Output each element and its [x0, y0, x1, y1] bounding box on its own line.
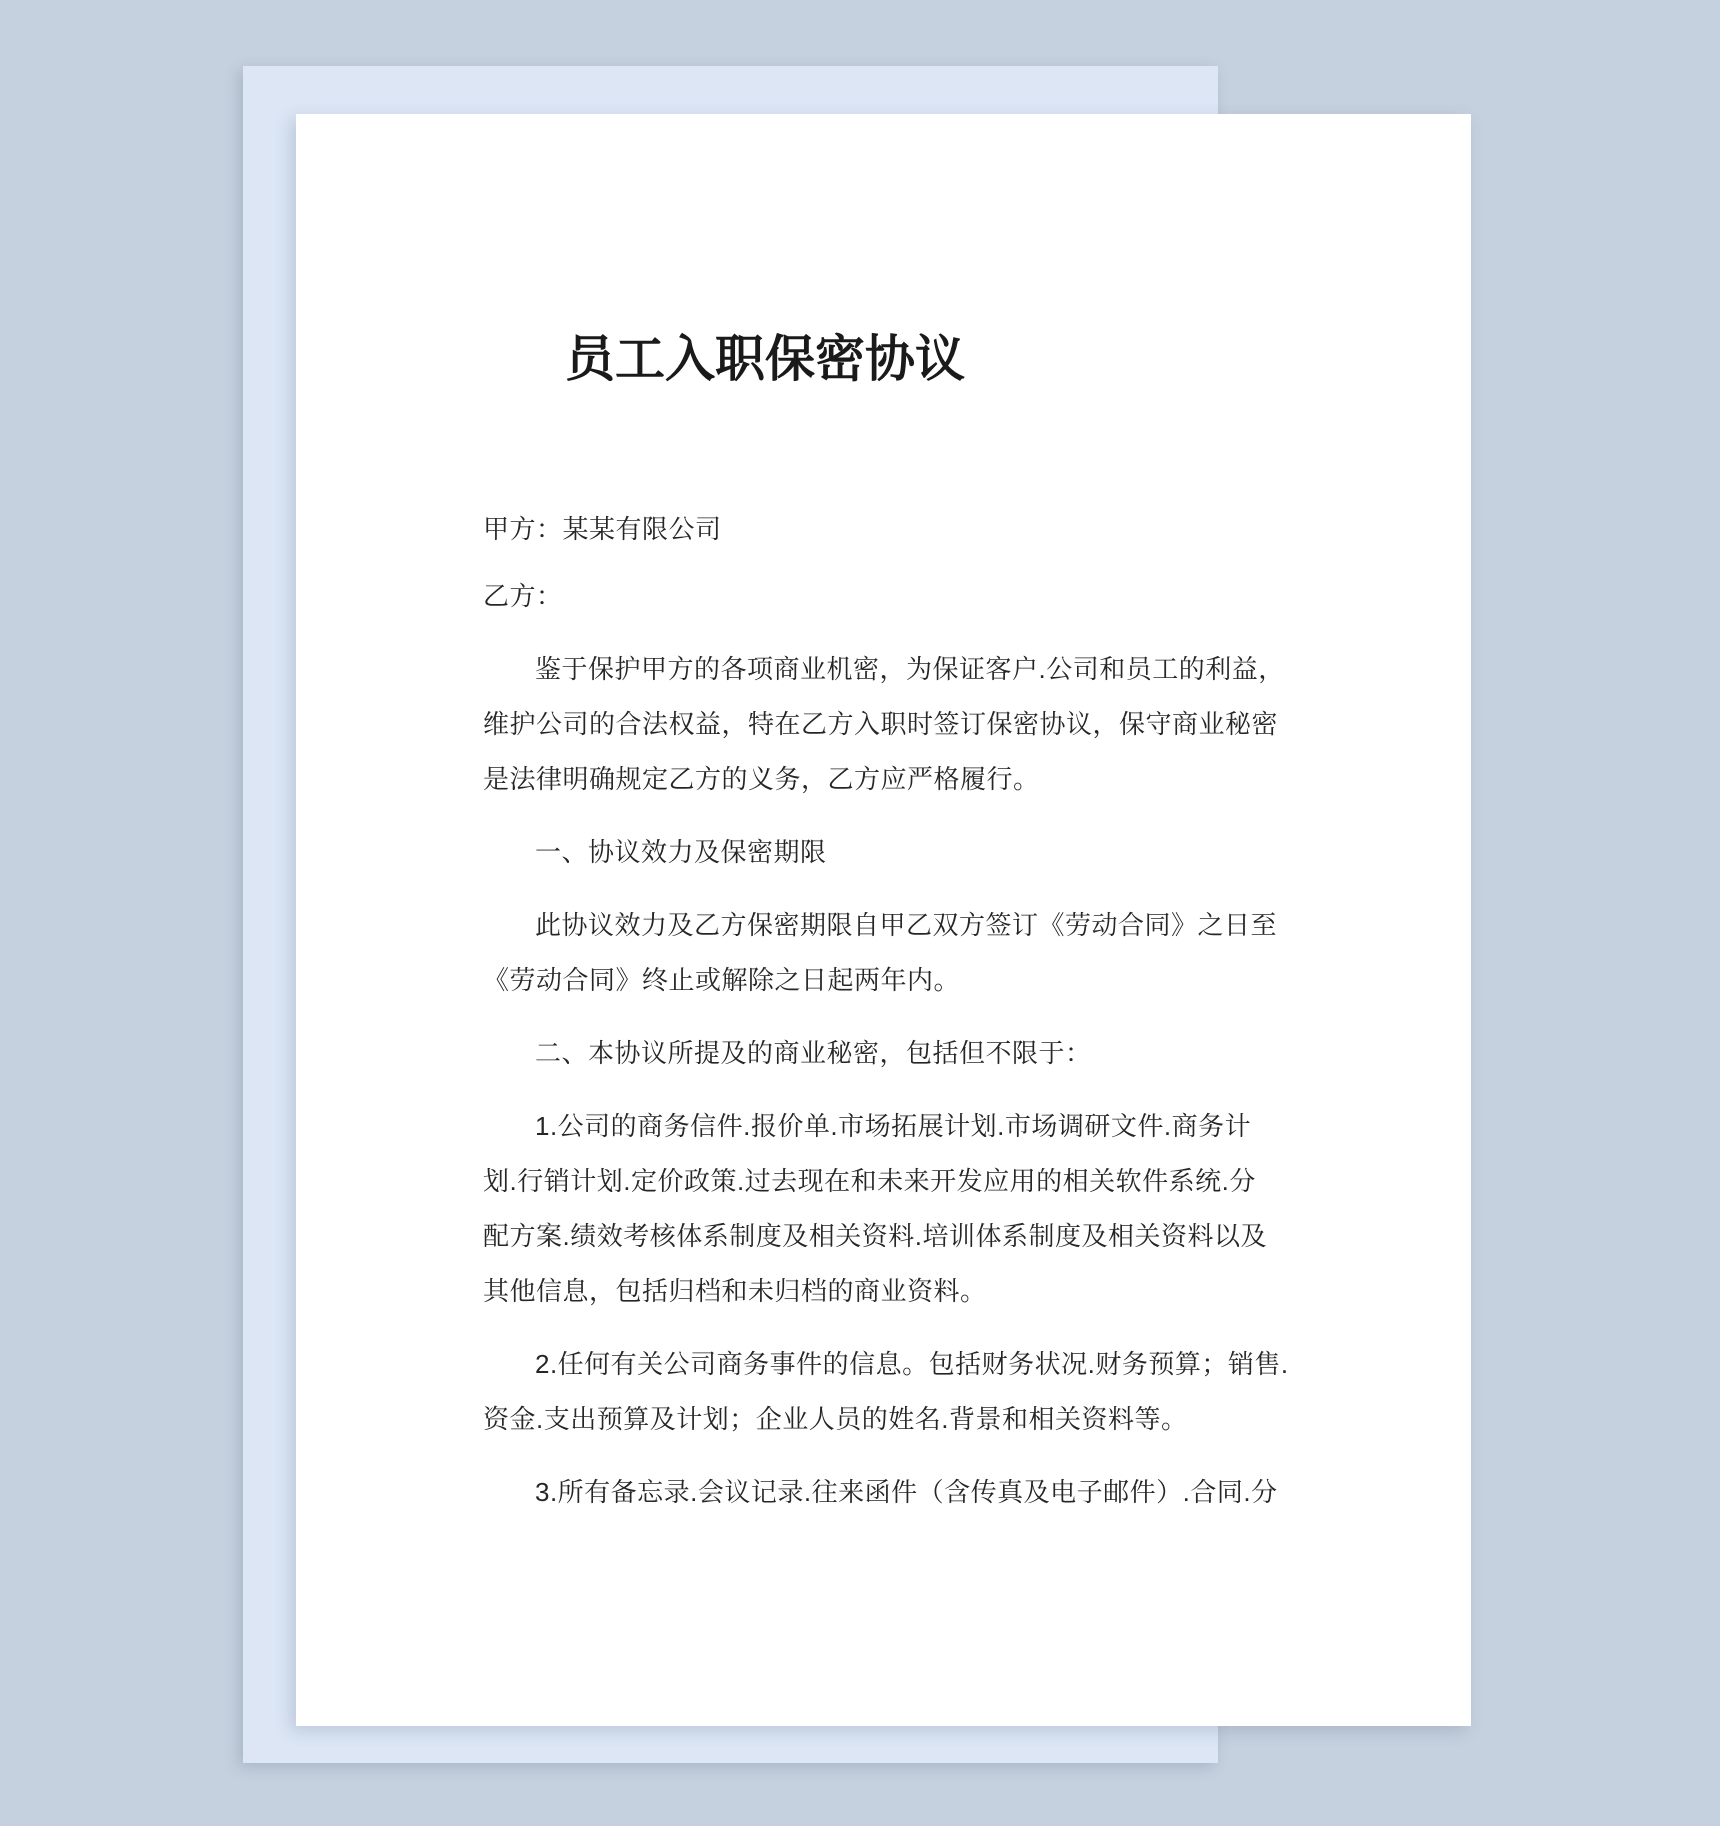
- document-page: 员工入职保密协议 甲方：某某有限公司 乙方： 鉴于保护甲方的各项商业机密，为保证…: [296, 114, 1471, 1726]
- item-1-line-2: 划.行销计划.定价政策.过去现在和未来开发应用的相关软件系统.分: [483, 1154, 1273, 1209]
- party-a-line: 甲方：某某有限公司: [483, 502, 1273, 557]
- section-2-heading: 二、本协议所提及的商业秘密，包括但不限于：: [483, 1026, 1273, 1081]
- party-b-line: 乙方：: [483, 569, 1273, 624]
- section-1-heading-block: 一、协议效力及保密期限: [483, 825, 1273, 880]
- item-1-line-4: 其他信息，包括归档和未归档的商业资料。: [483, 1264, 1273, 1319]
- term-paragraph: 此协议效力及乙方保密期限自甲乙双方签订《劳动合同》之日至 《劳动合同》终止或解除…: [483, 898, 1273, 1008]
- item-2-line-1: 2.任何有关公司商务事件的信息。包括财务状况.财务预算；销售.: [483, 1337, 1273, 1392]
- item-2-paragraph: 2.任何有关公司商务事件的信息。包括财务状况.财务预算；销售. 资金.支出预算及…: [483, 1337, 1273, 1447]
- document-title: 员工入职保密协议: [565, 331, 1345, 387]
- term-line-1: 此协议效力及乙方保密期限自甲乙双方签订《劳动合同》之日至: [483, 898, 1273, 953]
- term-line-2: 《劳动合同》终止或解除之日起两年内。: [483, 953, 1273, 1008]
- section-2-heading-block: 二、本协议所提及的商业秘密，包括但不限于：: [483, 1026, 1273, 1081]
- item-1-line-3: 配方案.绩效考核体系制度及相关资料.培训体系制度及相关资料以及: [483, 1209, 1273, 1264]
- item-2-line-2: 资金.支出预算及计划；企业人员的姓名.背景和相关资料等。: [483, 1392, 1273, 1447]
- intro-line-2: 维护公司的合法权益，特在乙方入职时签订保密协议，保守商业秘密: [483, 697, 1273, 752]
- item-3-paragraph: 3.所有备忘录.会议记录.往来函件（含传真及电子邮件）.合同.分: [483, 1465, 1273, 1520]
- intro-paragraph: 鉴于保护甲方的各项商业机密，为保证客户.公司和员工的利益， 维护公司的合法权益，…: [483, 642, 1273, 807]
- document-body: 甲方：某某有限公司 乙方： 鉴于保护甲方的各项商业机密，为保证客户.公司和员工的…: [483, 502, 1273, 1538]
- item-1-line-1: 1.公司的商务信件.报价单.市场拓展计划.市场调研文件.商务计: [483, 1099, 1273, 1154]
- item-3-line-1: 3.所有备忘录.会议记录.往来函件（含传真及电子邮件）.合同.分: [483, 1465, 1273, 1520]
- intro-line-3: 是法律明确规定乙方的义务，乙方应严格履行。: [483, 752, 1273, 807]
- document-preview-stage: 员工入职保密协议 甲方：某某有限公司 乙方： 鉴于保护甲方的各项商业机密，为保证…: [0, 0, 1720, 1826]
- item-1-paragraph: 1.公司的商务信件.报价单.市场拓展计划.市场调研文件.商务计 划.行销计划.定…: [483, 1099, 1273, 1319]
- intro-line-1: 鉴于保护甲方的各项商业机密，为保证客户.公司和员工的利益，: [483, 642, 1273, 697]
- section-1-heading: 一、协议效力及保密期限: [483, 825, 1273, 880]
